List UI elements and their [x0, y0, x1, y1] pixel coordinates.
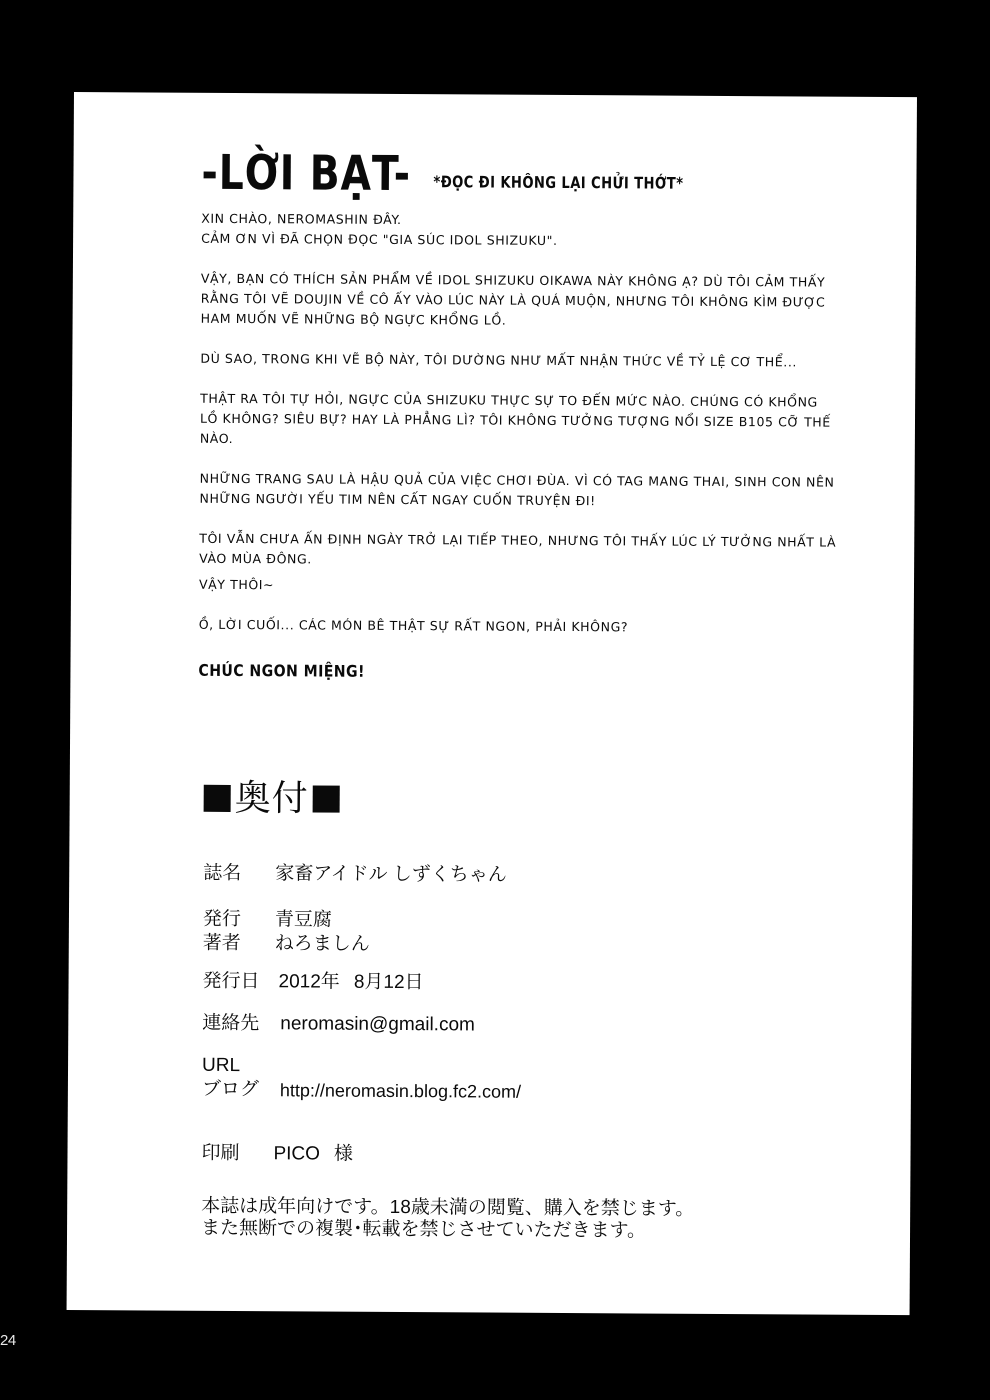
- paragraph-proportions: DÙ SAO, TRONG KHI VẼ BỘ NÀY, TÔI DƯỜNG N…: [200, 349, 840, 373]
- legal-notice-line: また無断での複製･転載を禁じさせていただきます。: [201, 1218, 841, 1244]
- colophon-heading: 奥付: [204, 776, 844, 824]
- afterword-heading: -LỜI BẠT- *ĐỌC ĐI KHÔNG LẠI CHỬI THỚT*: [201, 145, 841, 205]
- colophon-title: 奥付: [235, 776, 309, 820]
- blog-url: http://neromasin.blog.fc2.com/: [280, 1078, 521, 1103]
- paragraph-size: THẬT RA TÔI TỰ HỎI, NGỰC CỦA SHIZUKU THỰ…: [200, 389, 840, 453]
- colophon-row-contact: 連絡先 neromasin@gmail.com: [202, 1012, 842, 1040]
- colophon-value: ねろましん: [275, 932, 370, 957]
- afterword-title: -LỜI BẠT-: [201, 145, 392, 202]
- paragraph-last-words: Ồ, LỜI CUỐI... CÁC MÓN BÊ THẬT SỰ RẤT NG…: [199, 615, 839, 639]
- square-bullet-icon: [204, 784, 231, 811]
- colophon-value: 家畜アイドル しずくちゃん: [275, 862, 507, 887]
- paragraph-opinion: VẬY, BẠN CÓ THÍCH SẢN PHẨM VỀ IDOL SHIZU…: [201, 269, 841, 333]
- colophon-key: ブログ: [202, 1078, 280, 1102]
- colophon-row-author: 著者 ねろましん: [203, 932, 843, 960]
- colophon-date-year: 2012年: [278, 970, 339, 994]
- legal-notice: 本誌は成年向けです。18歳未満の閲覧、購入を禁じます。 また無断での複製･転載を…: [201, 1196, 841, 1244]
- afterword-section: -LỜI BẠT- *ĐỌC ĐI KHÔNG LẠI CHỬI THỚT* X…: [198, 145, 841, 685]
- paragraph-warning: NHỮNG TRANG SAU LÀ HẬU QUẢ CỦA VIỆC CHƠI…: [199, 469, 839, 513]
- paragraph-next-release: TÔI VẪN CHƯA ẤN ĐỊNH NGÀY TRỞ LẠI TIẾP T…: [199, 529, 839, 573]
- colophon-key: 発行: [203, 908, 275, 932]
- colophon-key: 印刷: [201, 1142, 273, 1166]
- colophon-value: PICO: [273, 1142, 320, 1166]
- contact-email: neromasin@gmail.com: [280, 1012, 475, 1037]
- colophon-section: 奥付 誌名 家畜アイドル しずくちゃん 発行 青豆腐 著者 ねろましん 発行日 …: [201, 776, 844, 1244]
- colophon-key: 誌名: [203, 862, 275, 886]
- page-number: 24: [0, 1332, 16, 1349]
- colophon-row-blog: ブログ http://neromasin.blog.fc2.com/: [202, 1078, 842, 1106]
- sign-off: CHÚC NGON MIỆNG!: [198, 661, 365, 682]
- afterword-subtitle: *ĐỌC ĐI KHÔNG LẠI CHỬI THỚT*: [433, 172, 683, 194]
- afterword-body: XIN CHÀO, NEROMASHIN ĐÂY. CẢM ƠN VÌ ĐÃ C…: [199, 209, 842, 639]
- colophon-key: 連絡先: [202, 1012, 280, 1036]
- colophon-key: 著者: [203, 932, 275, 956]
- paragraph-closing: VẬY THÔI~: [199, 575, 839, 599]
- square-bullet-icon: [313, 785, 340, 812]
- colophon-date-day: 8月12日: [354, 971, 424, 995]
- colophon-row-printer: 印刷 PICO 様: [201, 1142, 841, 1170]
- colophon-value: 青豆腐: [275, 908, 332, 932]
- manga-page: -LỜI BẠT- *ĐỌC ĐI KHÔNG LẠI CHỬI THỚT* X…: [67, 92, 917, 1315]
- colophon-key: 発行日: [202, 970, 278, 994]
- paragraph-greeting: XIN CHÀO, NEROMASHIN ĐÂY. CẢM ƠN VÌ ĐÃ C…: [201, 209, 841, 253]
- colophon-key: URL: [202, 1054, 240, 1078]
- colophon-honorific: 様: [334, 1143, 353, 1167]
- colophon-row-date: 発行日 2012年 8月12日: [202, 970, 842, 998]
- colophon-row-title: 誌名 家畜アイドル しずくちゃん: [203, 862, 843, 890]
